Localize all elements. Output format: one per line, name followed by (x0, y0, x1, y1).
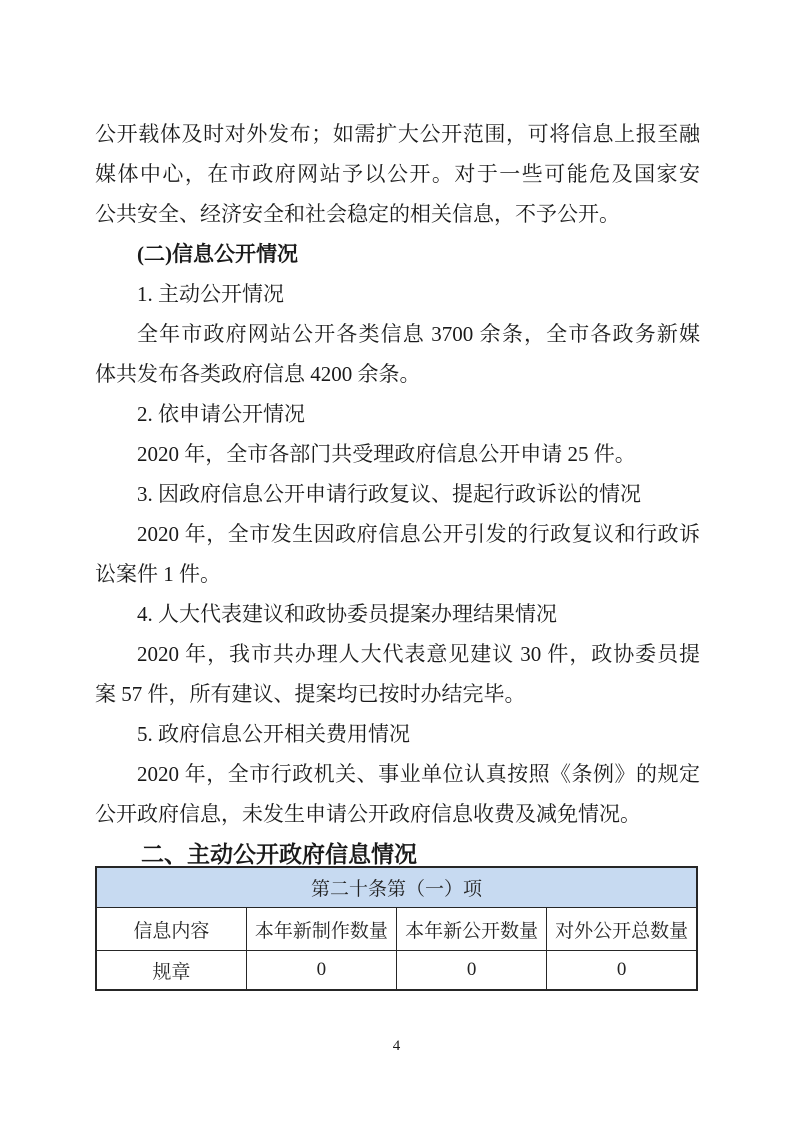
table-row: 规章 0 0 0 (96, 951, 697, 991)
cell-category: 规章 (96, 951, 246, 991)
cell-value: 0 (547, 951, 697, 991)
body-line: 2020 年，我市共办理人大代表意见建议 30 件，政协委员提 (95, 634, 700, 674)
subsection-heading: (二)信息公开情况 (95, 234, 700, 274)
body-line: 全年市政府网站公开各类信息 3700 余条，全市各政务新媒 (95, 314, 700, 354)
item-heading: 2. 依申请公开情况 (95, 394, 700, 434)
column-header-new-made: 本年新制作数量 (246, 908, 396, 951)
item-heading: 4. 人大代表建议和政协委员提案办理结果情况 (95, 594, 700, 634)
item-heading: 3. 因政府信息公开申请行政复议、提起行政诉讼的情况 (95, 474, 700, 514)
cell-value: 0 (397, 951, 547, 991)
body-line: 媒体中心，在市政府网站予以公开。对于一些可能危及国家安全、 (95, 154, 700, 194)
column-header-info-content: 信息内容 (96, 908, 246, 951)
body-line: 2020 年，全市发生因政府信息公开引发的行政复议和行政诉 (95, 514, 700, 554)
page-number: 4 (0, 1038, 793, 1055)
body-line: 2020 年，全市行政机关、事业单位认真按照《条例》的规定 (95, 754, 700, 794)
document-page: 公开载体及时对外发布；如需扩大公开范围，可将信息上报至融 媒体中心，在市政府网站… (0, 0, 793, 1122)
cell-value: 0 (246, 951, 396, 991)
body-line: 2020 年，全市各部门共受理政府信息公开申请 25 件。 (95, 434, 700, 474)
item-heading: 1. 主动公开情况 (95, 274, 700, 314)
disclosure-table: 第二十条第（一）项 信息内容 本年新制作数量 本年新公开数量 对外公开总数量 规… (95, 866, 698, 991)
body-line: 公共安全、经济安全和社会稳定的相关信息，不予公开。 (95, 194, 700, 234)
body-line: 讼案件 1 件。 (95, 554, 700, 594)
column-header-new-disclosed: 本年新公开数量 (397, 908, 547, 951)
table-title-row: 第二十条第（一）项 (96, 867, 697, 908)
body-line: 公开政府信息，未发生申请公开政府信息收费及减免情况。 (95, 794, 700, 834)
table-title: 第二十条第（一）项 (96, 867, 697, 908)
body-line: 公开载体及时对外发布；如需扩大公开范围，可将信息上报至融 (95, 114, 700, 154)
table-header-row: 信息内容 本年新制作数量 本年新公开数量 对外公开总数量 (96, 908, 697, 951)
body-line: 案 57 件，所有建议、提案均已按时办结完毕。 (95, 674, 700, 714)
document-content: 公开载体及时对外发布；如需扩大公开范围，可将信息上报至融 媒体中心，在市政府网站… (95, 114, 700, 874)
column-header-total-public: 对外公开总数量 (547, 908, 697, 951)
item-heading: 5. 政府信息公开相关费用情况 (95, 714, 700, 754)
body-line: 体共发布各类政府信息 4200 余条。 (95, 354, 700, 394)
